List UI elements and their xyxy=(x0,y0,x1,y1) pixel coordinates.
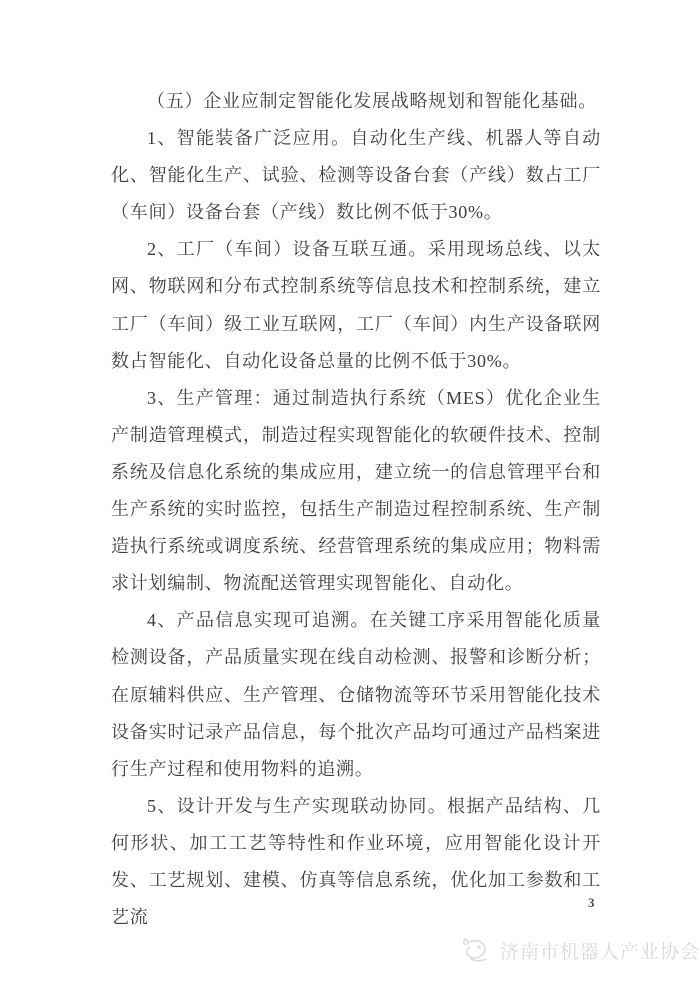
paragraph-item-3: 3、生产管理：通过制造执行系统（MES）优化企业生产制造管理模式，制造过程实现智… xyxy=(111,380,601,603)
document-page: （五）企业应制定智能化发展战略规划和智能化基础。 1、智能装备广泛应用。自动化生… xyxy=(0,0,700,990)
paragraph-item-1: 1、智能装备广泛应用。自动化生产线、机器人等自动化、智能化生产、试验、检测等设备… xyxy=(111,120,601,231)
watermark-text: 济南市机器人产业协会 xyxy=(500,937,700,964)
page-number: 3 xyxy=(588,895,595,911)
document-body: （五）企业应制定智能化发展战略规划和智能化基础。 1、智能装备广泛应用。自动化生… xyxy=(111,83,601,936)
paragraph-item-5: 5、设计开发与生产实现联动协同。根据产品结构、几何形状、加工工艺等特性和作业环境… xyxy=(111,788,601,936)
footer-watermark: 济南市机器人产业协会 xyxy=(459,936,700,964)
paragraph-item-4: 4、产品信息实现可追溯。在关键工序采用智能化质量检测设备，产品质量实现在线自动检… xyxy=(111,602,601,787)
paragraph-item-2: 2、工厂（车间）设备互联互通。采用现场总线、以太网、物联网和分布式控制系统等信息… xyxy=(111,231,601,379)
association-logo-icon xyxy=(459,936,495,964)
paragraph-section-5-heading: （五）企业应制定智能化发展战略规划和智能化基础。 xyxy=(111,83,601,120)
